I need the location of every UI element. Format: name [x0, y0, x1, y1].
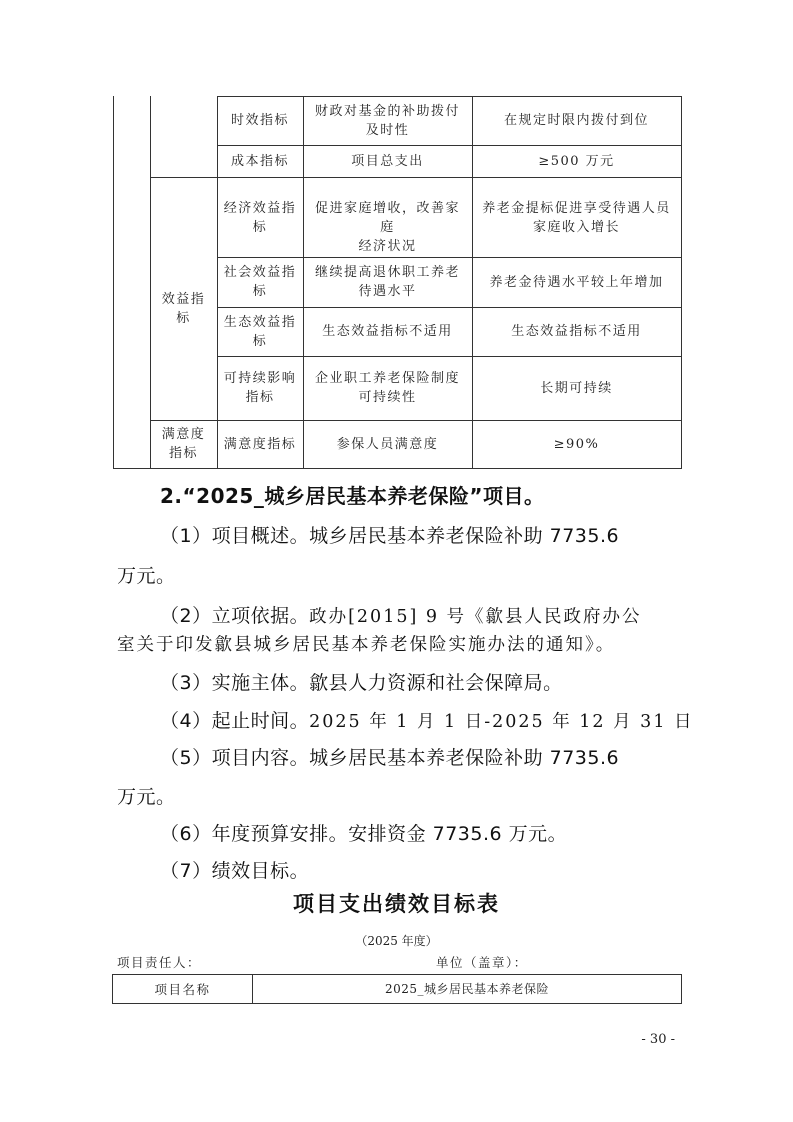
- cell-text: 促进家庭增收，改善家庭: [309, 199, 466, 237]
- table-cell-level2: 满意度 指标: [150, 420, 217, 468]
- item-text: 城乡居民基本养老保险补助 7735.6: [309, 525, 619, 547]
- table-title: 项目支出绩效目标表: [0, 888, 793, 918]
- item-label: （4）起止时间。: [160, 710, 309, 732]
- table-cell-indicator: 项目总支出: [303, 145, 472, 177]
- item-2: （2）立项依据。政办[2015] 9 号《歙县人民政府办公: [160, 601, 642, 628]
- cell-text: 标: [224, 332, 297, 351]
- table-cell-target: 养老金待遇水平较上年增加: [472, 257, 681, 307]
- cell-text: 指标: [162, 444, 206, 463]
- table-cell-level3: 社会效益指 标: [217, 257, 303, 307]
- cell-text: 继续提高退休职工养老: [315, 263, 460, 282]
- item-7: （7）绩效目标。: [160, 856, 309, 883]
- cell-text: 经济状况: [309, 237, 466, 256]
- item-5-cont: 万元。: [117, 782, 176, 809]
- table-border: [113, 96, 114, 469]
- cell-text: 标: [224, 218, 297, 237]
- cell-text: 家庭收入增长: [482, 218, 671, 237]
- table-cell-target: ≥90%: [472, 420, 681, 468]
- page-number: - 30 -: [641, 1032, 675, 1047]
- table-cell-target: ≥500 万元: [472, 145, 681, 177]
- cell-text: 可持续性: [315, 388, 460, 407]
- cell-text: 满意度: [162, 425, 206, 444]
- table-cell-indicator: 企业职工养老保险制度 可持续性: [303, 356, 472, 420]
- table-cell-indicator: 参保人员满意度: [303, 420, 472, 468]
- table-cell-level3: 时效指标: [217, 96, 303, 145]
- table-cell-indicator: 继续提高退休职工养老 待遇水平: [303, 257, 472, 307]
- item-1-cont: 万元。: [117, 561, 176, 588]
- item-label: （3）实施主体。: [160, 672, 309, 694]
- cell-text: 社会效益指: [224, 263, 297, 282]
- cell-text: 长期可持续: [540, 379, 613, 398]
- item-text: 室关于印发歙县城乡居民基本养老保险实施办法的通知》。: [117, 635, 615, 655]
- item-4: （4）起止时间。2025 年 1 月 1 日-2025 年 12 月 31 日: [160, 706, 694, 733]
- table-cell-indicator: 促进家庭增收，改善家庭 经济状况: [303, 177, 472, 257]
- responsible-person-label: 项目责任人：: [117, 953, 201, 971]
- section-heading: 2.“2025_城乡居民基本养老保险”项目。: [160, 480, 544, 509]
- cell-text: 参保人员满意度: [337, 435, 439, 454]
- cell-text: 经济效益指: [224, 199, 297, 218]
- item-text: 政办[2015] 9 号《歙县人民政府办公: [309, 607, 641, 627]
- cell-text: 效益指: [162, 290, 206, 309]
- cell-text: 养老金提标促进享受待遇人员: [482, 199, 671, 218]
- cell-text: 项目总支出: [351, 152, 424, 171]
- item-text: 城乡居民基本养老保险补助 7735.6: [309, 747, 619, 769]
- table-cell-target: 长期可持续: [472, 356, 681, 420]
- table-cell-target: 养老金提标促进享受待遇人员 家庭收入增长: [472, 177, 681, 257]
- cell-text: 待遇水平: [315, 282, 460, 301]
- table-cell-level3: 满意度指标: [217, 420, 303, 468]
- table-cell-level3: 经济效益指 标: [217, 177, 303, 257]
- item-5: （5）项目内容。城乡居民基本养老保险补助 7735.6: [160, 743, 619, 770]
- project-name-label: 项目名称: [113, 975, 252, 1003]
- item-label: （1）项目概述。: [160, 525, 309, 547]
- cell-text: ≥90%: [554, 435, 600, 454]
- table-cell-level3: 可持续影响 指标: [217, 356, 303, 420]
- table-cell-level3: 成本指标: [217, 145, 303, 177]
- cell-text: 时效指标: [231, 111, 289, 130]
- cell-text: 在规定时限内拨付到位: [504, 111, 649, 130]
- item-label: （7）绩效目标。: [160, 860, 309, 882]
- cell-text: 2025_城乡居民基本养老保险: [385, 980, 549, 999]
- table-border: [681, 96, 682, 469]
- cell-text: 项目名称: [154, 980, 210, 999]
- cell-text: 标: [162, 309, 206, 328]
- table-cell-level2-merged: 效益指 标: [150, 177, 217, 420]
- table-border: [113, 468, 682, 469]
- table-cell-indicator: 生态效益指标不适用: [303, 307, 472, 356]
- cell-text: 生态效益指标不适用: [322, 322, 453, 341]
- cell-text: 及时性: [315, 121, 460, 140]
- cell-text: 成本指标: [231, 152, 289, 171]
- item-1: （1）项目概述。城乡居民基本养老保险补助 7735.6: [160, 521, 619, 548]
- item-2-cont: 室关于印发歙县城乡居民基本养老保险实施办法的通知》。: [117, 631, 615, 656]
- item-label: （2）立项依据。: [160, 605, 309, 627]
- cell-text: 养老金待遇水平较上年增加: [489, 273, 663, 292]
- item-6: （6）年度预算安排。安排资金 7735.6 万元。: [160, 819, 567, 846]
- item-text: 歙县人力资源和社会保障局。: [309, 672, 563, 694]
- table-cell-level3: 生态效益指 标: [217, 307, 303, 356]
- item-text: 安排资金 7735.6 万元。: [348, 823, 567, 845]
- project-name-table: 项目名称 2025_城乡居民基本养老保险: [112, 974, 682, 1004]
- cell-text: ≥500 万元: [538, 152, 614, 171]
- cell-text: 财政对基金的补助拨付: [315, 102, 460, 121]
- table-year: （2025 年度）: [0, 932, 793, 949]
- cell-text: 满意度指标: [224, 435, 297, 454]
- item-label: （6）年度预算安排。: [160, 823, 348, 845]
- cell-text: 生态效益指: [224, 313, 297, 332]
- cell-text: 生态效益指标不适用: [511, 322, 642, 341]
- item-label: （5）项目内容。: [160, 747, 309, 769]
- project-name-value: 2025_城乡居民基本养老保险: [253, 975, 681, 1003]
- table-cell-indicator: 财政对基金的补助拨付 及时性: [303, 96, 472, 145]
- unit-seal-label: 单位（盖章）：: [436, 953, 528, 971]
- cell-text: 指标: [224, 388, 297, 407]
- cell-text: 标: [224, 282, 297, 301]
- table-cell-target: 生态效益指标不适用: [472, 307, 681, 356]
- cell-text: 企业职工养老保险制度: [315, 369, 460, 388]
- item-3: （3）实施主体。歙县人力资源和社会保障局。: [160, 668, 563, 695]
- cell-text: 可持续影响: [224, 369, 297, 388]
- item-text: 2025 年 1 月 1 日-2025 年 12 月 31 日: [309, 712, 693, 732]
- table-cell-target: 在规定时限内拨付到位: [472, 96, 681, 145]
